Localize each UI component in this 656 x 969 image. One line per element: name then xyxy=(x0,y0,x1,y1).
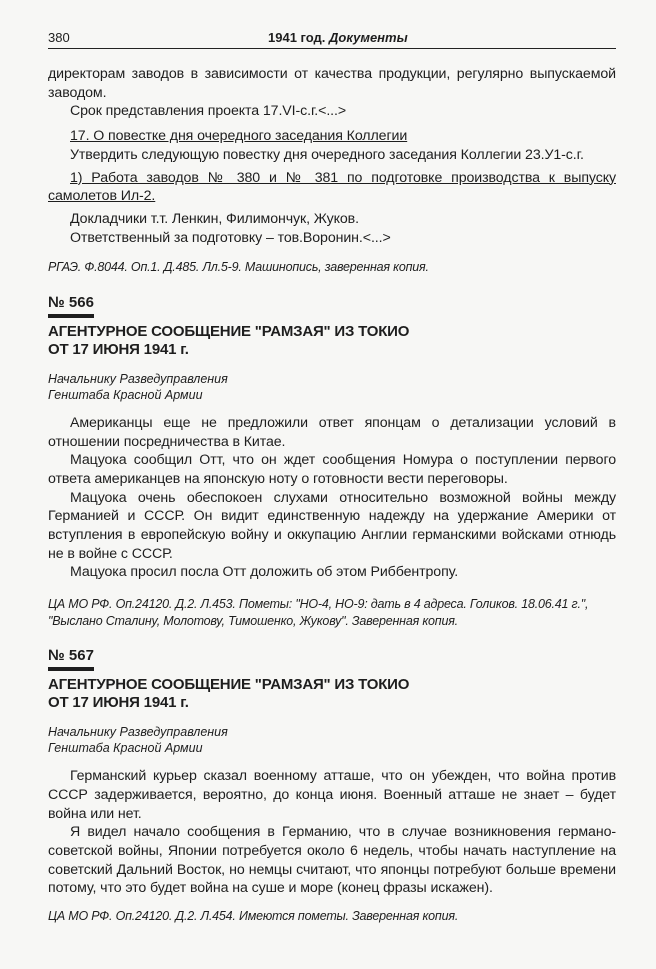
paragraph: Мацуока очень обеспокоен слухами относит… xyxy=(48,489,616,564)
paragraph: Мацуока сообщил Отт, что он ждет сообщен… xyxy=(48,451,616,488)
item-heading-text: 17. О повестке дня очередного заседания … xyxy=(70,128,407,144)
paragraph: Германский курьер сказал военному атташе… xyxy=(48,767,616,823)
agenda-item: 1) Работа заводов № 380 и № 381 по подго… xyxy=(48,169,616,206)
document-title-line: АГЕНТУРНОЕ СООБЩЕНИЕ "РАМЗАЯ" ИЗ ТОКИО xyxy=(48,676,616,694)
agenda-item-text: 1) Работа заводов № 380 и № 381 по подго… xyxy=(48,170,616,205)
running-head-title: 1941 год. Документы xyxy=(268,30,408,45)
document-566: № 566 АГЕНТУРНОЕ СООБЩЕНИЕ "РАМЗАЯ" ИЗ Т… xyxy=(48,276,616,629)
addressee-line: Начальнику Разведуправления xyxy=(48,371,616,387)
addressee-line: Генштаба Красной Армии xyxy=(48,387,616,403)
paragraph: Я видел начало сообщения в Германию, что… xyxy=(48,823,616,898)
running-head-year: 1941 год. xyxy=(268,30,329,45)
addressee-line: Генштаба Красной Армии xyxy=(48,740,616,756)
addressee: Начальнику Разведуправления Генштаба Кра… xyxy=(48,371,616,403)
archive-citation: РГАЭ. Ф.8044. Оп.1. Д.485. Лл.5-9. Машин… xyxy=(48,259,616,276)
page-number: 380 xyxy=(48,30,70,45)
archive-citation: ЦА МО РФ. Оп.24120. Д.2. Л.453. Пометы: … xyxy=(48,596,616,629)
document-number: № 567 xyxy=(48,647,94,671)
document-title: АГЕНТУРНОЕ СООБЩЕНИЕ "РАМЗАЯ" ИЗ ТОКИО О… xyxy=(48,676,616,712)
document-title-line: ОТ 17 ИЮНЯ 1941 г. xyxy=(48,341,616,359)
document-567: № 567 АГЕНТУРНОЕ СООБЩЕНИЕ "РАМЗАЯ" ИЗ Т… xyxy=(48,629,616,924)
paragraph: Ответственный за подготовку – тов.Ворони… xyxy=(48,229,616,248)
addressee-line: Начальнику Разведуправления xyxy=(48,724,616,740)
paragraph: Утвердить следующую повестку дня очередн… xyxy=(48,146,616,165)
book-page: 380 1941 год. Документы директорам завод… xyxy=(48,28,616,925)
document-title-line: ОТ 17 ИЮНЯ 1941 г. xyxy=(48,694,616,712)
addressee: Начальнику Разведуправления Генштаба Кра… xyxy=(48,724,616,756)
running-head: 380 1941 год. Документы xyxy=(48,28,616,49)
page-content: директорам заводов в зависимости от каче… xyxy=(48,65,616,925)
paragraph: Докладчики т.т. Ленкин, Филимончук, Жуко… xyxy=(48,210,616,229)
document-title: АГЕНТУРНОЕ СООБЩЕНИЕ "РАМЗАЯ" ИЗ ТОКИО О… xyxy=(48,323,616,359)
running-head-section: Документы xyxy=(329,30,408,45)
paragraph: Срок представления проекта 17.VI-с.г.<..… xyxy=(48,102,616,121)
continued-document: директорам заводов в зависимости от каче… xyxy=(48,65,616,276)
item-heading: 17. О повестке дня очередного заседания … xyxy=(48,127,616,146)
document-title-line: АГЕНТУРНОЕ СООБЩЕНИЕ "РАМЗАЯ" ИЗ ТОКИО xyxy=(48,323,616,341)
paragraph: Мацуока просил посла Отт доложить об это… xyxy=(48,563,616,582)
paragraph: директорам заводов в зависимости от каче… xyxy=(48,65,616,102)
paragraph: Американцы еще не предложили ответ японц… xyxy=(48,414,616,451)
archive-citation: ЦА МО РФ. Оп.24120. Д.2. Л.454. Имеются … xyxy=(48,908,616,925)
document-number: № 566 xyxy=(48,294,94,318)
